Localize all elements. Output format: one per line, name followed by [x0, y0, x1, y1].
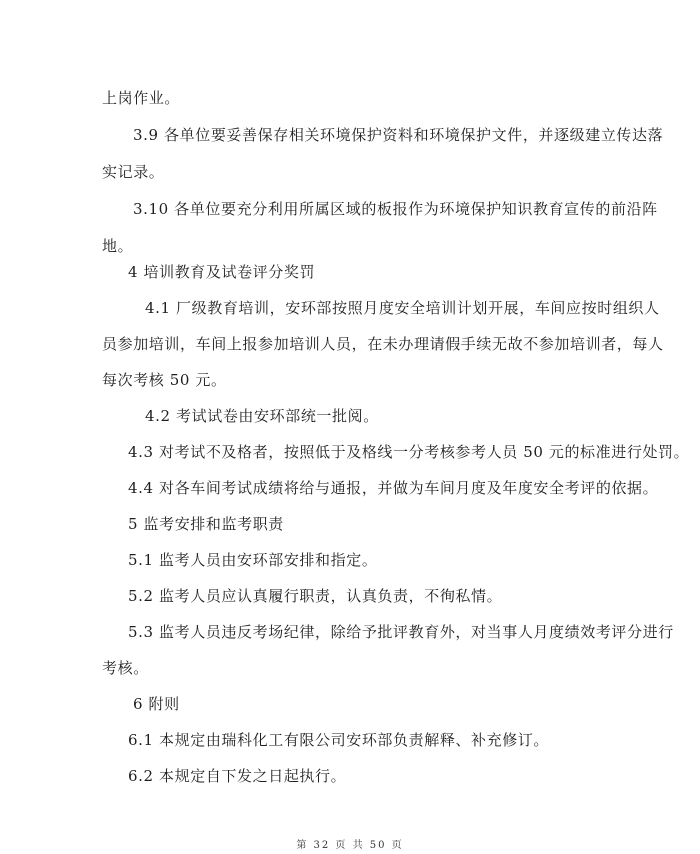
paragraph-line: 员参加培训，车间上报参加培训人员，在未办理请假手续无故不参加培训者，每人	[102, 334, 664, 354]
document-page: 上岗作业。 3.9 各单位要妥善保存相关环境保护资料和环境保护文件，并逐级建立传…	[0, 0, 700, 854]
paragraph-line: 6.2 本规定自下发之日起执行。	[128, 766, 346, 786]
paragraph-line: 4.2 考试试卷由安环部统一批阅。	[145, 406, 379, 426]
paragraph-line: 地。	[102, 236, 133, 256]
paragraph-line: 5.1 监考人员由安环部安排和指定。	[128, 550, 377, 570]
section-heading: 4 培训教育及试卷评分奖罚	[128, 262, 315, 282]
paragraph-line: 4.1 厂级教育培训，安环部按照月度安全培训计划开展，车间应按时组织人	[145, 298, 660, 318]
paragraph-line: 5.3 监考人员违反考场纪律，除给予批评教育外，对当事人月度绩效考评分进行	[128, 622, 674, 642]
paragraph-line: 4.4 对各车间考试成绩将给与通报，并做为车间月度及年度安全考评的依据。	[128, 478, 658, 498]
section-heading: 5 监考安排和监考职责	[128, 514, 284, 534]
paragraph-line: 6.1 本规定由瑞科化工有限公司安环部负责解释、补充修订。	[128, 730, 549, 750]
paragraph-line: 4.3 对考试不及格者，按照低于及格线一分考核参考人员 50 元的标准进行处罚。	[128, 442, 689, 462]
page-footer: 第 32 页 共 50 页	[0, 836, 700, 851]
paragraph-line: 每次考核 50 元。	[102, 370, 227, 390]
section-heading: 6 附则	[133, 694, 180, 714]
paragraph-line: 3.10 各单位要充分利用所属区域的板报作为环境保护知识教育宣传的前沿阵	[133, 199, 658, 219]
paragraph-line: 实记录。	[102, 162, 164, 182]
paragraph-line: 5.2 监考人员应认真履行职责，认真负责，不徇私情。	[128, 586, 502, 606]
paragraph-line: 上岗作业。	[102, 88, 180, 108]
paragraph-line: 考核。	[102, 658, 149, 678]
paragraph-line: 3.9 各单位要妥善保存相关环境保护资料和环境保护文件，并逐级建立传达落	[133, 125, 663, 145]
